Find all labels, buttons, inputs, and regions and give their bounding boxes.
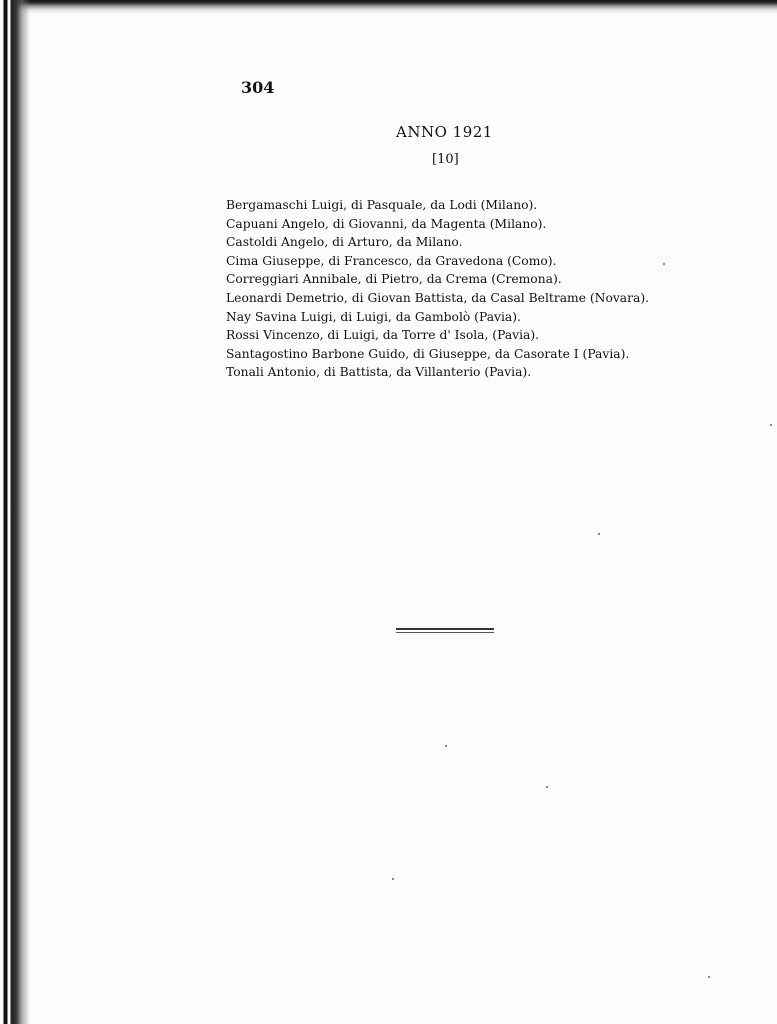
list-item: Castoldi Angelo, di Arturo, da Milano. xyxy=(226,233,649,252)
scan-top-edge xyxy=(0,0,777,14)
list-item: Bergamaschi Luigi, di Pasquale, da Lodi … xyxy=(226,196,649,215)
scan-speck xyxy=(663,263,665,265)
list-item: Rossi Vincenzo, di Luigi, da Torre d' Is… xyxy=(226,326,649,345)
section-divider xyxy=(396,628,494,630)
section-divider-thin xyxy=(396,632,494,633)
page-title: ANNO 1921 xyxy=(396,123,493,141)
book-spine-edge xyxy=(0,0,30,1024)
name-list: Bergamaschi Luigi, di Pasquale, da Lodi … xyxy=(226,196,649,382)
page-number: 304 xyxy=(241,78,274,97)
list-item: Tonali Antonio, di Battista, da Villante… xyxy=(226,363,649,382)
scan-speck xyxy=(598,533,600,535)
list-item: Correggiari Annibale, di Pietro, da Crem… xyxy=(226,270,649,289)
list-item: Leonardi Demetrio, di Giovan Battista, d… xyxy=(226,289,649,308)
list-item: Cima Giuseppe, di Francesco, da Gravedon… xyxy=(226,252,649,271)
scanned-page: 304 ANNO 1921 [10] Bergamaschi Luigi, di… xyxy=(0,0,777,1024)
list-item: Capuani Angelo, di Giovanni, da Magenta … xyxy=(226,215,649,234)
list-item: Nay Savina Luigi, di Luigi, da Gambolò (… xyxy=(226,308,649,327)
scan-speck xyxy=(445,745,447,747)
section-number: [10] xyxy=(432,152,459,167)
scan-speck xyxy=(770,424,772,426)
scan-speck xyxy=(546,786,548,788)
list-item: Santagostino Barbone Guido, di Giuseppe,… xyxy=(226,345,649,364)
scan-speck xyxy=(708,976,710,978)
scan-speck xyxy=(392,878,394,880)
